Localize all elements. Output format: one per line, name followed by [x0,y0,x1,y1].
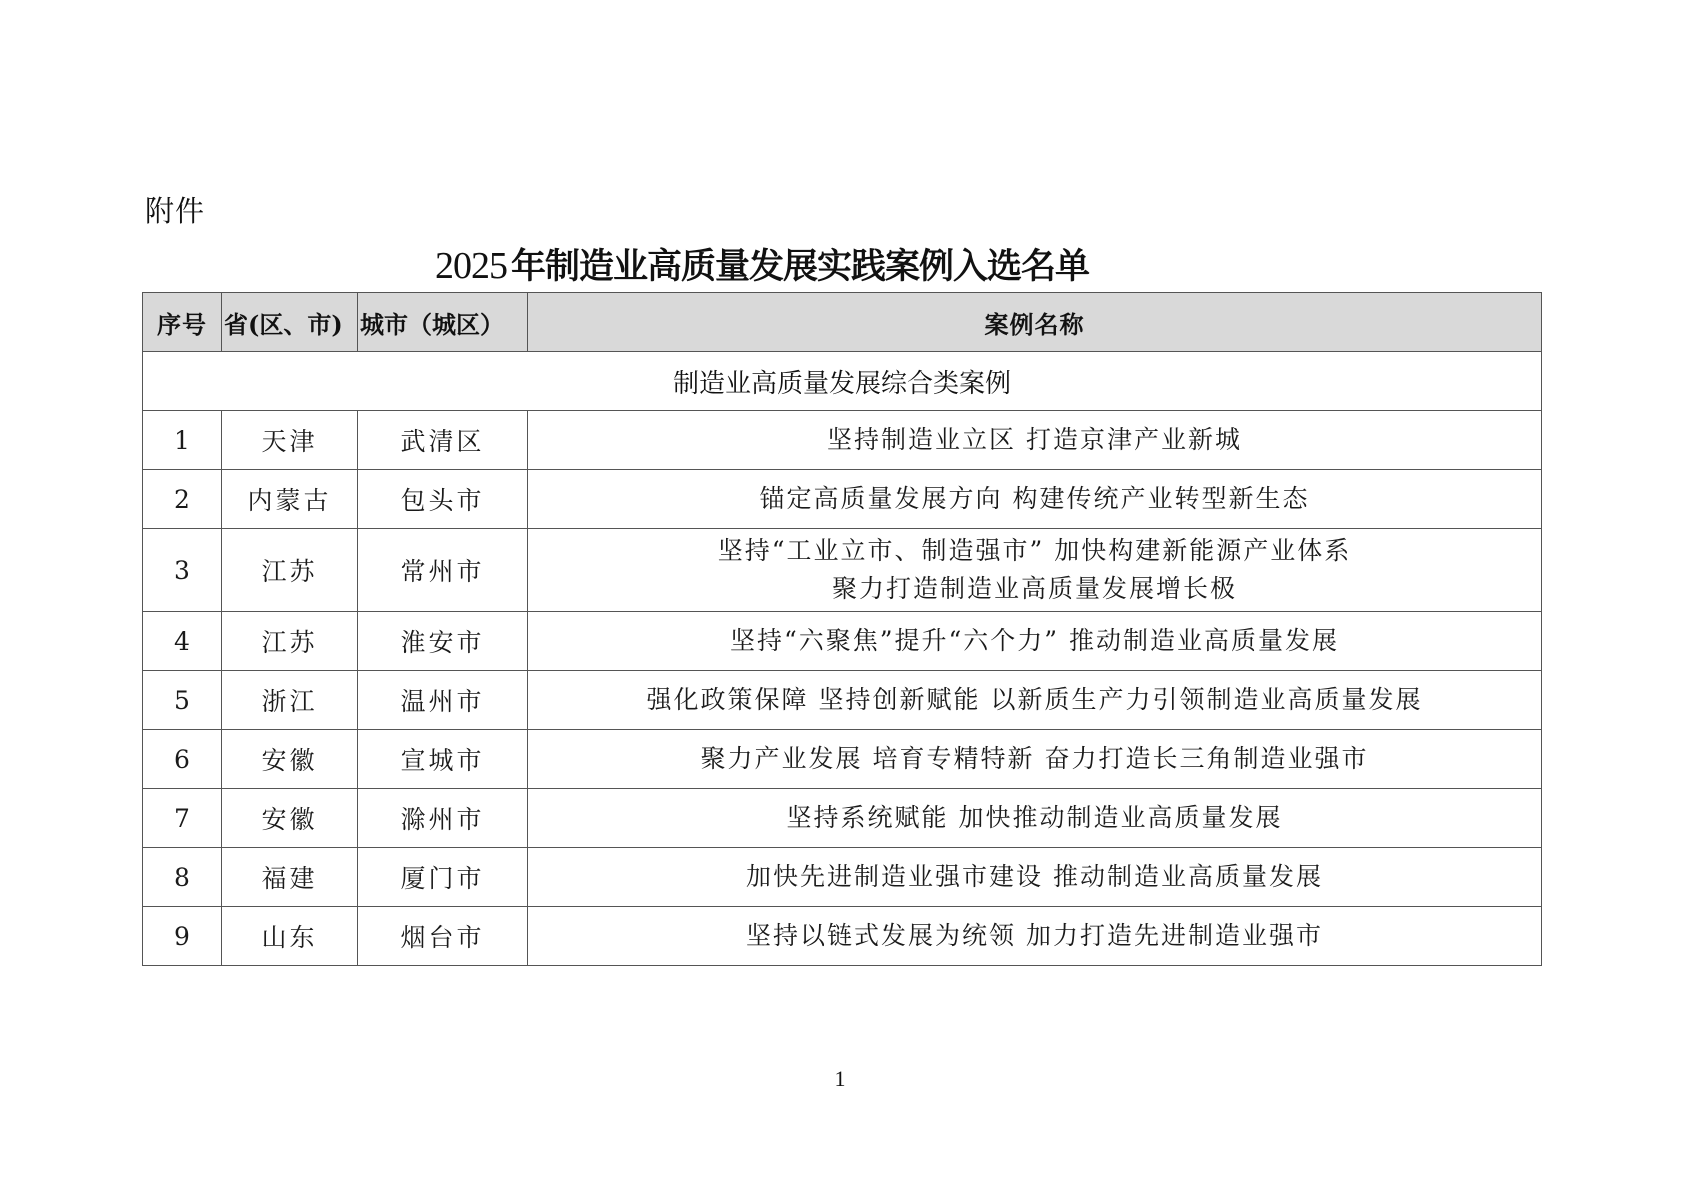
table-row: 3 江苏 常州市 坚持“工业立市、制造强市” 加快构建新能源产业体系 聚力打造制… [143,529,1542,612]
section-row: 制造业高质量发展综合类案例 [143,352,1542,411]
cell-province: 浙江 [222,671,358,730]
cell-province: 江苏 [222,529,358,612]
cell-no: 4 [143,612,222,671]
header-no: 序号 [143,293,222,352]
cell-case-name: 坚持“工业立市、制造强市” 加快构建新能源产业体系 聚力打造制造业高质量发展增长… [528,529,1542,612]
cell-no: 7 [143,789,222,848]
case-list-table: 序号 省(区、市) 城市（城区） 案例名称 制造业高质量发展综合类案例 1 天津… [142,292,1542,966]
cell-province: 天津 [222,411,358,470]
case-name-line: 加快先进制造业强市建设 推动制造业高质量发展 [528,858,1541,896]
case-name-line: 坚持制造业立区 打造京津产业新城 [528,421,1541,459]
cell-city: 包头市 [358,470,528,529]
table-header-row: 序号 省(区、市) 城市（城区） 案例名称 [143,293,1542,352]
cell-city: 温州市 [358,671,528,730]
cell-no: 5 [143,671,222,730]
cell-case-name: 坚持系统赋能 加快推动制造业高质量发展 [528,789,1542,848]
cell-case-name: 坚持以链式发展为统领 加力打造先进制造业强市 [528,907,1542,966]
table-row: 8 福建 厦门市 加快先进制造业强市建设 推动制造业高质量发展 [143,848,1542,907]
table-row: 2 内蒙古 包头市 锚定高质量发展方向 构建传统产业转型新生态 [143,470,1542,529]
section-title: 制造业高质量发展综合类案例 [143,352,1542,411]
case-name-line: 坚持系统赋能 加快推动制造业高质量发展 [528,799,1541,837]
title-text: 年制造业高质量发展实践案例入选名单 [511,246,1089,287]
table-row: 4 江苏 淮安市 坚持“六聚焦”提升“六个力” 推动制造业高质量发展 [143,612,1542,671]
table-row: 6 安徽 宣城市 聚力产业发展 培育专精特新 奋力打造长三角制造业强市 [143,730,1542,789]
cell-city: 淮安市 [358,612,528,671]
cell-city: 厦门市 [358,848,528,907]
cell-case-name: 强化政策保障 坚持创新赋能 以新质生产力引领制造业高质量发展 [528,671,1542,730]
cell-province: 江苏 [222,612,358,671]
cell-case-name: 加快先进制造业强市建设 推动制造业高质量发展 [528,848,1542,907]
case-name-line: 强化政策保障 坚持创新赋能 以新质生产力引领制造业高质量发展 [528,681,1541,719]
case-name-line: 坚持“六聚焦”提升“六个力” 推动制造业高质量发展 [528,622,1541,660]
cell-no: 3 [143,529,222,612]
cell-city: 宣城市 [358,730,528,789]
cell-no: 1 [143,411,222,470]
case-name-line: 聚力产业发展 培育专精特新 奋力打造长三角制造业强市 [528,740,1541,778]
cell-no: 6 [143,730,222,789]
cell-province: 安徽 [222,730,358,789]
title-year: 2025 [435,245,507,287]
cell-province: 安徽 [222,789,358,848]
cell-province: 内蒙古 [222,470,358,529]
cell-no: 2 [143,470,222,529]
cell-province: 山东 [222,907,358,966]
header-case-name: 案例名称 [528,293,1542,352]
cell-city: 烟台市 [358,907,528,966]
header-province: 省(区、市) [222,293,358,352]
cell-no: 9 [143,907,222,966]
cell-city: 武清区 [358,411,528,470]
table-row: 7 安徽 滁州市 坚持系统赋能 加快推动制造业高质量发展 [143,789,1542,848]
cell-case-name: 聚力产业发展 培育专精特新 奋力打造长三角制造业强市 [528,730,1542,789]
cell-city: 常州市 [358,529,528,612]
attachment-label: 附件 [145,193,205,229]
table-row: 1 天津 武清区 坚持制造业立区 打造京津产业新城 [143,411,1542,470]
table-row: 9 山东 烟台市 坚持以链式发展为统领 加力打造先进制造业强市 [143,907,1542,966]
header-city: 城市（城区） [358,293,528,352]
table-row: 5 浙江 温州市 强化政策保障 坚持创新赋能 以新质生产力引领制造业高质量发展 [143,671,1542,730]
case-name-line: 锚定高质量发展方向 构建传统产业转型新生态 [528,480,1541,518]
case-name-line: 坚持以链式发展为统领 加力打造先进制造业强市 [528,917,1541,955]
case-name-line: 聚力打造制造业高质量发展增长极 [528,570,1541,608]
cell-case-name: 锚定高质量发展方向 构建传统产业转型新生态 [528,470,1542,529]
case-name-line: 坚持“工业立市、制造强市” 加快构建新能源产业体系 [528,532,1541,570]
page-number: 1 [820,1066,860,1092]
cell-case-name: 坚持“六聚焦”提升“六个力” 推动制造业高质量发展 [528,612,1542,671]
cell-province: 福建 [222,848,358,907]
cell-no: 8 [143,848,222,907]
cell-case-name: 坚持制造业立区 打造京津产业新城 [528,411,1542,470]
document-title: 2025年制造业高质量发展实践案例入选名单 [435,244,1135,289]
cell-city: 滁州市 [358,789,528,848]
